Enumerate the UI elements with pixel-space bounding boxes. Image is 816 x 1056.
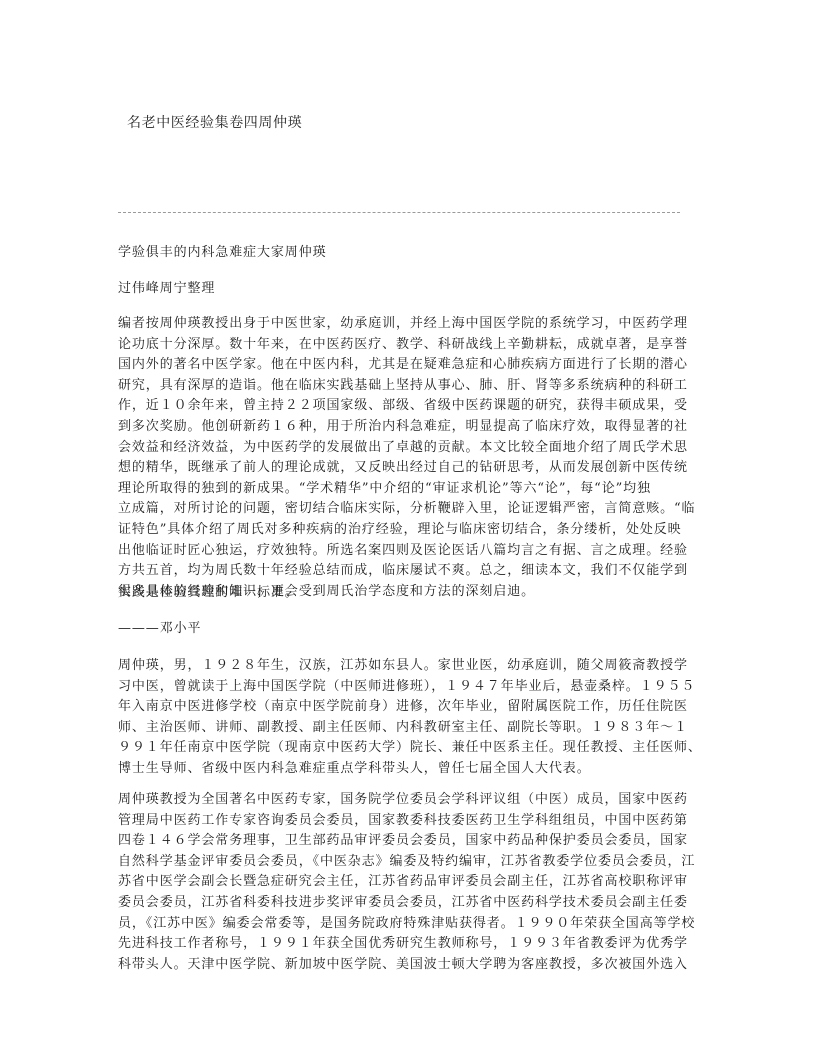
text-line: 研究，具有深厚的造诣。他在临床实践基础上坚持从事心、肺、肝、肾等多系统病种的科研… [118, 376, 708, 397]
text-line: 委员会委员，江苏省科委科技进步奖评审委员会委员，江苏省中医药科学技术委员会副主任… [118, 893, 708, 914]
text-line: 周仲瑛教授为全国著名中医药专家，国务院学位委员会学科评议组（中医）成员，国家中医… [118, 790, 708, 811]
text-line: 自然科学基金评审委员会委员，《中医杂志》编委及特约编审，江苏省教委学位委员会委员… [118, 852, 708, 873]
text-line: 会效益和经济效益，为中医药学的发展做出了卓越的贡献。本文比较全面地介绍了周氏学术… [118, 438, 708, 459]
text-line: 论功底十分深厚。数十年来，在中医药医疗、教学、科研战线上辛勤耕耘，成就卓著，是享… [118, 335, 708, 356]
text-line: 理论所取得的独到的新成果。“学术精华”中介绍的“审证求机论”等六“论”，每“论”… [118, 479, 708, 500]
text-line: 作，近１０余年来，曾主持２２项国家级、部级、省级中医药课题的研究，获得丰硕成果，… [118, 396, 708, 417]
text-line: 员，《江苏中医》编委会常委等，是国务院政府特殊津贴获得者。１９９０年荣获全国高等… [118, 914, 708, 935]
text-line: 出他临证时匠心独运，疗效独特。所选名案四则及医论医话八篇均言之有据、言之成理。经… [118, 541, 708, 562]
text-line: 周仲瑛，男，１９２８年生，汉族，江苏如东县人。家世业医，幼承庭训，随父周筱斋教授… [118, 656, 708, 677]
roles-paragraph: 周仲瑛教授为全国著名中医药专家，国务院学位委员会学科评议组（中医）成员，国家中医… [118, 790, 708, 975]
text-line: 管理局中医药工作专家咨询委员会委员，国家教委科技委医药卫生学科组组员，中国中医药… [118, 811, 708, 832]
biography: 周仲瑛，男，１９２８年生，汉族，江苏如东县人。家世业医，幼承庭训，随父周筱斋教授… [118, 656, 708, 780]
document-title: 名老中医经验集卷四周仲瑛 [127, 114, 302, 132]
text-line: 想的精华，既继承了前人的理论成就，又反映出经过自己的钻研思考，从而发展创新中医传… [118, 458, 708, 479]
text-line: ９９１年任南京中医学院（现南京中医药大学）院长、兼任中医系主任。现任教授、主任医… [118, 738, 708, 759]
text-line: 编者按周仲瑛教授出身于中医世家，幼承庭训，并经上海中国医学院的系统学习，中医药学… [118, 314, 708, 335]
text-line: 立成篇，对所讨论的问题，密切结合临床实际，分析鞭辟入里，论证逻辑严密，言简意赅。… [118, 499, 708, 520]
quote-attribution: ———邓小平 [118, 620, 708, 638]
text-line: 博士生导师、省级中医内科急难症重点学科带头人，曾任七届全国人大代表。 [118, 759, 708, 780]
text-line: 国内外的著名中医学家。他在中医内科，尤其是在疑难急症和心肺疾病方面进行了长期的潜… [118, 355, 708, 376]
text-line: 苏省中医学会副会长暨急症研究会主任，江苏省药品审评委员会副主任，江苏省高校职称评… [118, 872, 708, 893]
text-line: 年入南京中医进修学校（南京中医学院前身）进修，次年毕业，留附属医院工作，历任住院… [118, 697, 708, 718]
editor-note: 编者按周仲瑛教授出身于中医世家，幼承庭训，并经上海中国医学院的系统学习，中医药学… [118, 314, 708, 602]
text-line: 先进科技工作者称号，１９９１年获全国优秀研究生教师称号，１９９３年省教委评为优秀… [118, 934, 708, 955]
article-title: 学验俱丰的内科急难症大家周仲瑛 [118, 244, 708, 262]
document-page: 名老中医经验集卷四周仲瑛 学验俱丰的内科急难症大家周仲瑛 过伟峰周宁整理 编者按… [0, 0, 816, 1056]
horizontal-rule [118, 212, 680, 213]
text-line: 四卷１４６学会常务理事，卫生部药品审评委员会委员，国家中药品种保护委员会委员，国… [118, 831, 708, 852]
text-line: 师、主治医师、讲师、副教授、副主任医师、内科教研室主任、副院长等职。１９８３年～… [118, 718, 708, 739]
byline: 过伟峰周宁整理 [118, 280, 708, 298]
text-line: 科带头人。天津中医学院、新加坡中医学院、美国波士顿大学聘为客座教授，多次被国外选… [118, 955, 708, 976]
text-line: 证特色”具体介绍了周氏对多种疾病的治疗经验，理论与临床密切结合，条分缕析，处处反… [118, 520, 708, 541]
text-line: 到多次奖励。他创研新药１６种，用于所治内科急难症，明显提高了临床疗效，取得显著的… [118, 417, 708, 438]
text-line: 习中医，曾就读于上海中国医学院（中医师进修班），１９４７年毕业后，悬壶桑梓。１９… [118, 677, 708, 698]
text-line: 方共五首，均为周氏数十年经验总结而成，临床屡试不爽。总之，细读本文，我们不仅能学… [118, 561, 708, 582]
quote: 实践是检验真理的唯一标准。 [118, 584, 708, 602]
